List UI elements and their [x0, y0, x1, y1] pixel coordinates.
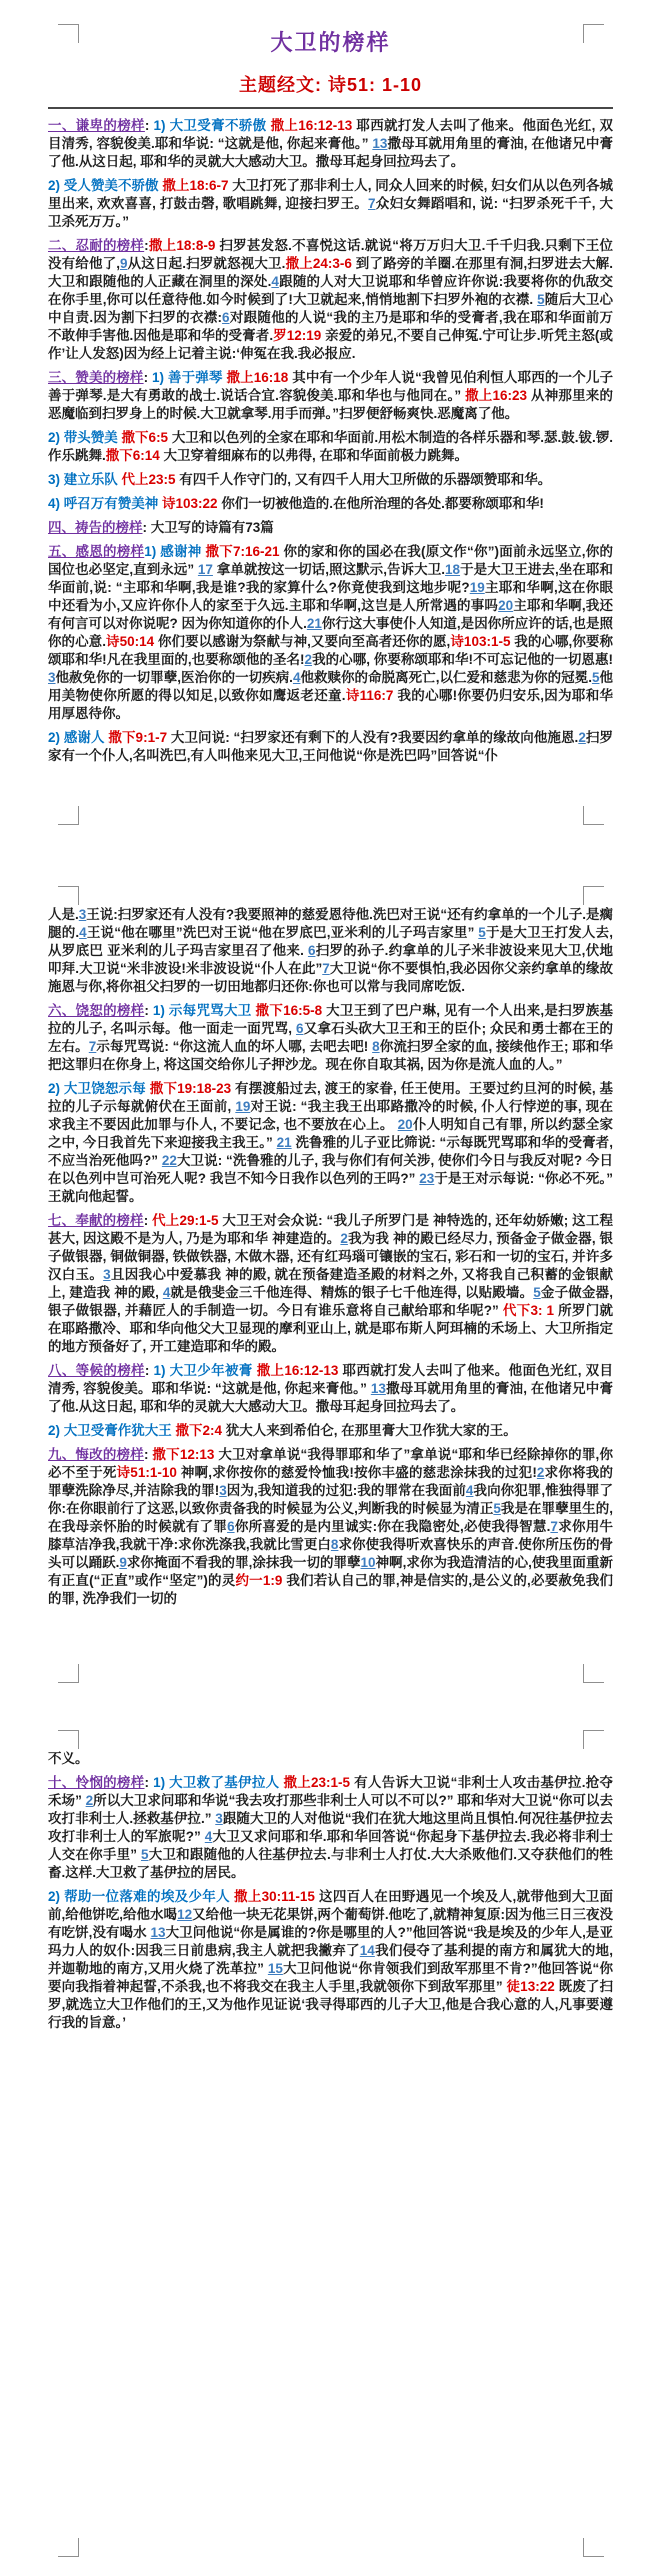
margin-corner-mark [583, 24, 604, 43]
section-heading: 九、悔改的榜样 [48, 1447, 144, 1462]
scripture-reference: 诗103:1-5 [450, 634, 514, 649]
paragraph: 六、饶恕的榜样: 1) 示每咒骂大卫 撒下16:5-8 大卫王到了巴户琳, 见有… [48, 1002, 613, 1074]
verse-number-link[interactable]: 7 [550, 1519, 558, 1534]
scripture-reference: 罗12:19 [273, 328, 325, 343]
verse-number-link[interactable]: 2 [86, 1793, 94, 1808]
section-heading: 四、祷告的榜样 [48, 520, 143, 535]
title-divider [48, 107, 613, 109]
margin-corner-mark [58, 806, 79, 825]
body-text: 犹大人来到希伯仑, 在那里膏大卫作犹大家的王。 [226, 1423, 517, 1438]
verse-number-link[interactable]: 9 [119, 1555, 127, 1570]
section-heading: 三、赞美的榜样 [48, 370, 144, 385]
scripture-reference: 撒上18:8-9 [149, 238, 220, 253]
body-text: 神啊,求你按你的慈爱怜恤我!按你丰盛的慈悲涂抹我的过犯! [181, 1465, 537, 1480]
body-text: 不义。 [48, 1751, 89, 1766]
paragraph: 2) 受人赞美不骄傲 撒上18:6-7 大卫打死了那非利士人, 同众人回来的时候… [48, 177, 613, 231]
body-text: : [145, 1775, 154, 1790]
page-1-content: 大卫的榜样 主题经文: 诗51: 1-10 一、谦卑的榜样: 1) 大卫受膏不骄… [0, 0, 661, 765]
verse-number-link[interactable]: 21 [307, 616, 322, 631]
verse-number-link[interactable]: 2 [578, 730, 586, 745]
verse-number-link[interactable]: 4 [271, 274, 279, 289]
body-text: : 大卫写的诗篇有73篇 [143, 520, 274, 535]
section-heading: 十、怜悯的榜样 [48, 1775, 145, 1790]
margin-corner-mark [583, 806, 604, 825]
margin-corner-mark [58, 2538, 79, 2557]
paragraph: 四、祷告的榜样: 大卫写的诗篇有73篇 [48, 519, 613, 537]
paragraph: 七、奉献的榜样: 代上29:1-5 大卫王对会众说: “我儿子所罗门是 神特选的… [48, 1212, 613, 1356]
verse-number-link[interactable]: 7 [368, 196, 376, 211]
paragraph: 不义。 [48, 1750, 613, 1768]
verse-number-link[interactable]: 3 [215, 1811, 223, 1826]
verse-number-link[interactable]: 7 [322, 961, 330, 976]
subpoint-label: 1) 大卫救了基伊拉人 [153, 1775, 283, 1790]
paragraph: 十、怜悯的榜样: 1) 大卫救了基伊拉人 撒上23:1-5 有人告诉大卫说“非利… [48, 1774, 613, 1882]
body-text: 拿单就按这一切话,照这默示,告诉大卫. [213, 562, 445, 577]
margin-corner-mark [58, 1730, 79, 1749]
verse-number-link[interactable]: 13 [371, 1381, 386, 1396]
subpoint-label: 3) 建立乐队 [48, 472, 122, 487]
body-text: 他救赎你的命脱离死亡,以仁爱和慈悲为你的冠冕. [300, 670, 592, 685]
verse-number-link[interactable]: 2 [340, 1231, 348, 1246]
verse-number-link[interactable]: 6 [296, 1021, 304, 1036]
scripture-reference: 撒下7:16-21 [206, 544, 284, 559]
subpoint-label: 2) 感谢人 [48, 730, 108, 745]
scripture-reference: 撒下6:5 [122, 430, 172, 445]
verse-number-link[interactable]: 17 [198, 562, 213, 577]
document-canvas: 大卫的榜样 主题经文: 诗51: 1-10 一、谦卑的榜样: 1) 大卫受膏不骄… [0, 0, 661, 2560]
subpoint-label: 2) 受人赞美不骄傲 [48, 178, 162, 193]
verse-number-link[interactable]: 2 [305, 652, 313, 667]
body-text: : [144, 1003, 153, 1018]
scripture-reference: 代上29:1-5 [152, 1213, 222, 1228]
scripture-reference: 诗50:14 [106, 634, 158, 649]
paragraph: 五、感恩的榜样1) 感谢神 撒下7:16-21 你的家和你的国必在我(原文作“你… [48, 543, 613, 723]
paragraph: 4) 呼召万有赞美神 诗103:22 你们一切被他造的.在他所治理的各处.都要称… [48, 495, 613, 513]
section-heading: 一、谦卑的榜样 [48, 118, 145, 133]
page-title: 大卫的榜样 [48, 26, 613, 57]
scripture-reference: 撒上23:1-5 [283, 1775, 354, 1790]
subpoint-label: 1) 大卫少年被膏 [153, 1363, 256, 1378]
scripture-reference: 撒下16:5-8 [256, 1003, 327, 1018]
body-text: 你所喜爱的是内里诚实:你在我隐密处,必使我得智慧. [235, 1519, 551, 1534]
verse-number-link[interactable]: 20 [398, 1117, 413, 1132]
margin-corner-mark [583, 2538, 604, 2557]
body-text: 有四千人作守门的, 又有四千人用大卫所做的乐器颂赞耶和华。 [179, 472, 551, 487]
body-text: 就是俄斐金三千他连得、精炼的银子七千他连得, 以贴殿墙。 [170, 1285, 533, 1300]
scripture-reference: 约一1:9 [235, 1573, 286, 1588]
verse-number-link[interactable]: 4 [79, 925, 87, 940]
body-text: 因为,我知道我的过犯:我的罪常在我面前 [227, 1483, 466, 1498]
verse-number-link[interactable]: 8 [372, 1039, 380, 1054]
section-heading: 二、忍耐的榜样 [48, 238, 144, 253]
subpoint-label: 1) 感谢神 [144, 544, 205, 559]
scripture-reference: 撒上16:18 [226, 370, 292, 385]
paragraph: 一、谦卑的榜样: 1) 大卫受膏不骄傲 撒上16:12-13 耶西就打发人去叫了… [48, 117, 613, 171]
body-text: 你们要以感谢为祭献与神,又要向至高者还你的愿, [158, 634, 450, 649]
body-text: 从这日起.扫罗就怒视大卫. [128, 256, 286, 271]
verse-number-link[interactable]: 13 [151, 1925, 166, 1940]
subpoint-label: 1) 大卫受膏不骄傲 [153, 118, 270, 133]
body-text: 大卫问说: “扫罗家还有剩下的人没有?我要因约拿单的缘故向他施恩. [171, 730, 578, 745]
body-text: : [144, 370, 152, 385]
paragraph: 2) 大卫受膏作犹大王 撒下2:4 犹大人来到希伯仑, 在那里膏大卫作犹大家的王… [48, 1422, 613, 1440]
verse-number-link[interactable]: 10 [361, 1555, 376, 1570]
body-text: 我的心哪, 你要称颂耶和华!不可忘记他的一切恩惠! [312, 652, 613, 667]
page-3: 不义。十、怜悯的榜样: 1) 大卫救了基伊拉人 撒上23:1-5 有人告诉大卫说… [0, 1720, 661, 2560]
body-text: 大卫穿着细麻布的以弗得, 在耶和华面前极力跳舞。 [164, 448, 469, 463]
margin-corner-mark [58, 1664, 79, 1683]
section-heading: 七、奉献的榜样 [48, 1213, 144, 1228]
subpoint-label: 2) 大卫受膏作犹大王 [48, 1423, 176, 1438]
body-text: 你们一切被他造的.在他所治理的各处.都要称颂耶和华! [221, 496, 544, 511]
margin-corner-mark [583, 1664, 604, 1683]
scripture-reference: 撒上30:11-15 [234, 1889, 319, 1904]
section-heading: 八、等候的榜样 [48, 1363, 145, 1378]
page-1-paragraphs: 一、谦卑的榜样: 1) 大卫受膏不骄傲 撒上16:12-13 耶西就打发人去叫了… [48, 117, 613, 765]
theme-scripture-subtitle: 主题经文: 诗51: 1-10 [48, 71, 613, 97]
paragraph: 八、等候的榜样: 1) 大卫少年被膏 撒上16:12-13 耶西就打发人去叫了他… [48, 1362, 613, 1416]
scripture-reference: 撒下9:1-7 [108, 730, 171, 745]
margin-corner-mark [58, 886, 79, 905]
verse-number-link[interactable]: 6 [222, 310, 230, 325]
paragraph: 3) 建立乐队 代上23:5 有四千人作守门的, 又有四千人用大卫所做的乐器颂赞… [48, 471, 613, 489]
verse-number-link[interactable]: 5 [141, 1847, 149, 1862]
verse-number-link[interactable]: 21 [277, 1135, 292, 1150]
margin-corner-mark [583, 886, 604, 905]
scripture-reference: 撒上18:6-7 [162, 178, 232, 193]
body-text: 求你掩面不看我的罪,涂抹我一切的罪孽 [127, 1555, 361, 1570]
verse-number-link[interactable]: 14 [360, 1943, 375, 1958]
subpoint-label: 1) 善于弹琴 [152, 370, 226, 385]
body-text: 示每咒骂说: “你这流人血的坏人哪, 去吧去吧! [96, 1039, 372, 1054]
margin-corner-mark [58, 24, 79, 43]
verse-number-link[interactable]: 19 [235, 1099, 250, 1114]
scripture-reference: 诗51:1-10 [117, 1465, 181, 1480]
margin-corner-mark [583, 1730, 604, 1749]
verse-number-link[interactable]: 18 [445, 562, 460, 577]
body-text: 人是. [48, 907, 79, 922]
scripture-reference: 撒上16:12-13 [271, 118, 357, 133]
body-text: 他赦免你的一切罪孽,医治你的一切疾病. [56, 670, 293, 685]
section-heading: 五、感恩的榜样 [48, 544, 144, 559]
page-2: 人是.3王说:扫罗家还有人没有?我要照神的慈爱恩待他.洗巴对王说“还有约拿单的一… [0, 862, 661, 1720]
subpoint-label: 2) 大卫饶恕示每 [48, 1081, 150, 1096]
scripture-reference: 撒下6:14 [106, 448, 164, 463]
verse-number-link[interactable]: 3 [219, 1483, 227, 1498]
verse-number-link[interactable]: 23 [419, 1171, 434, 1186]
paragraph: 2) 带头赞美 撒下6:5 大卫和以色列的全家在耶和华面前.用松木制造的各样乐器… [48, 429, 613, 465]
verse-number-link[interactable]: 15 [268, 1961, 283, 1976]
paragraph: 三、赞美的榜样: 1) 善于弹琴 撒上16:18 其中有一个少年人说“我曾见伯利… [48, 369, 613, 423]
verse-number-link[interactable]: 20 [498, 598, 513, 613]
verse-number-link[interactable]: 5 [493, 1501, 501, 1516]
scripture-reference: 撒上16:12-13 [257, 1363, 343, 1378]
verse-number-link[interactable]: 5 [537, 292, 545, 307]
body-text: : [144, 1213, 152, 1228]
verse-number-link[interactable]: 3 [103, 1267, 111, 1282]
scripture-reference: 撒上24:3-6 [285, 256, 355, 271]
scripture-reference: 徒13:22 [507, 1979, 559, 1994]
verse-number-link[interactable]: 13 [372, 136, 387, 151]
paragraph: 2) 帮助一位落难的埃及少年人 撒上30:11-15 这四百人在田野遇见一个埃及… [48, 1888, 613, 2032]
body-text: 王说“他在哪里”洗巴对王说“他在罗底巴,亚米利的儿子玛吉家里” [87, 925, 479, 940]
scripture-reference: 诗103:22 [162, 496, 221, 511]
verse-number-link[interactable]: 9 [120, 256, 128, 271]
page-3-paragraphs: 不义。十、怜悯的榜样: 1) 大卫救了基伊拉人 撒上23:1-5 有人告诉大卫说… [48, 1750, 613, 2032]
page-3-content: 不义。十、怜悯的榜样: 1) 大卫救了基伊拉人 撒上23:1-5 有人告诉大卫说… [0, 1720, 661, 2032]
paragraph: 2) 感谢人 撒下9:1-7 大卫问说: “扫罗家还有剩下的人没有?我要因约拿单… [48, 729, 613, 765]
paragraph: 人是.3王说:扫罗家还有人没有?我要照神的慈爱恩待他.洗巴对王说“还有约拿单的一… [48, 906, 613, 996]
subpoint-label: 2) 带头赞美 [48, 430, 122, 445]
subpoint-label: 4) 呼召万有赞美神 [48, 496, 162, 511]
scripture-reference: 代上23:5 [122, 472, 180, 487]
subpoint-label: 1) 示每咒骂大卫 [153, 1003, 256, 1018]
verse-number-link[interactable]: 12 [177, 1907, 192, 1922]
paragraph: 二、忍耐的榜样:撒上18:8-9 扫罗甚发怒.不喜悦这话.就说“将万万归大卫.千… [48, 237, 613, 363]
scripture-reference: 诗116:7 [346, 688, 398, 703]
scripture-reference: 撒下19:18-23 [150, 1081, 235, 1096]
verse-number-link[interactable]: 3 [48, 670, 56, 685]
page-2-content: 人是.3王说:扫罗家还有人没有?我要照神的慈爱恩待他.洗巴对王说“还有约拿单的一… [0, 862, 661, 1608]
scripture-reference: 撒下2:4 [176, 1423, 226, 1438]
subpoint-label: 2) 帮助一位落难的埃及少年人 [48, 1889, 234, 1904]
paragraph: 九、悔改的榜样: 撒下12:13 大卫对拿单说“我得罪耶和华了”拿单说“耶和华已… [48, 1446, 613, 1608]
verse-number-link[interactable]: 5 [478, 925, 486, 940]
scripture-reference: 撒下12:13 [152, 1447, 218, 1462]
scripture-reference: 撒上16:23 [465, 388, 531, 403]
page-2-paragraphs: 人是.3王说:扫罗家还有人没有?我要照神的慈爱恩待他.洗巴对王说“还有约拿单的一… [48, 906, 613, 1608]
scripture-reference: 代下3: 1 [503, 1303, 558, 1318]
section-heading: 六、饶恕的榜样 [48, 1003, 144, 1018]
verse-number-link[interactable]: 5 [533, 1285, 541, 1300]
verse-number-link[interactable]: 6 [227, 1519, 235, 1534]
page-1: 大卫的榜样 主题经文: 诗51: 1-10 一、谦卑的榜样: 1) 大卫受膏不骄… [0, 0, 661, 862]
verse-number-link[interactable]: 22 [162, 1153, 177, 1168]
paragraph: 2) 大卫饶恕示每 撒下19:18-23 有摆渡船过去, 渡王的家眷, 任王使用… [48, 1080, 613, 1206]
verse-number-link[interactable]: 19 [470, 580, 485, 595]
